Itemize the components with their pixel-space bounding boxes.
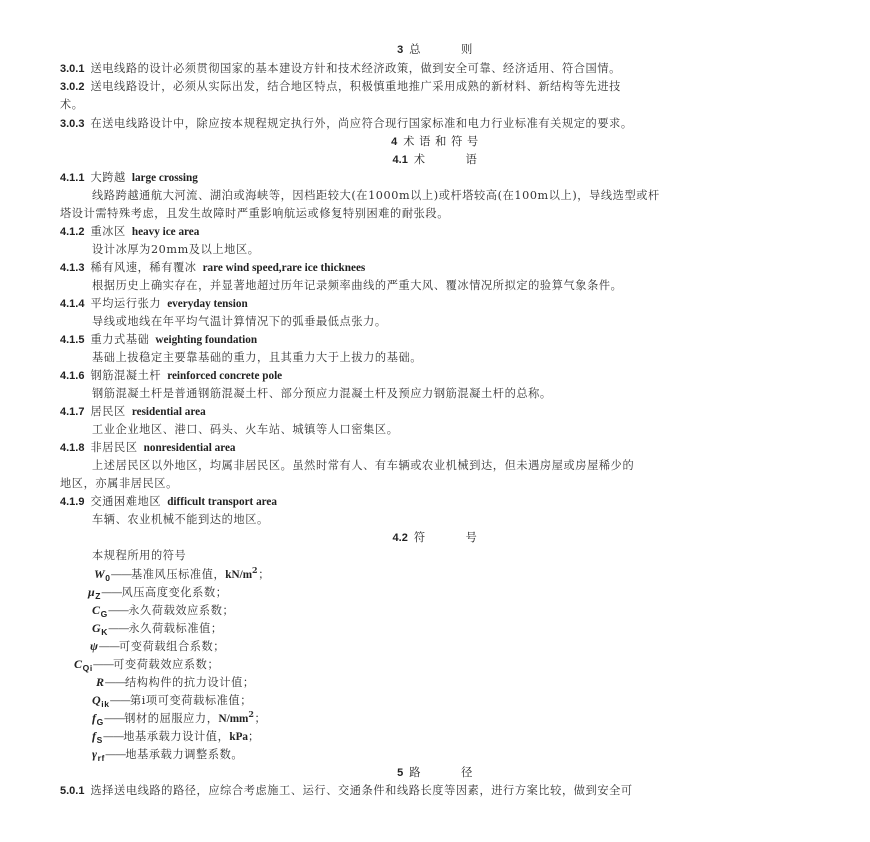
symbol-w0: W0——基准风压标准值，kN/m2；	[94, 566, 270, 583]
symbol-c-qi: CQi——可变荷载效应系数；	[74, 656, 219, 673]
symbol-g-k: GK——永久荷载标准值；	[92, 620, 223, 637]
clause-3-0-3: 3.0.3在送电线路设计中，除应按本规程规定执行外，尚应符合现行国家标准和电力行…	[60, 116, 633, 132]
clause-3-0-2: 3.0.2送电线路设计，必须从实际出发，结合地区特点，积极慎重地推广采用成熟的新…	[60, 79, 621, 95]
section-4-1-heading: 4.1术语	[0, 152, 870, 168]
clause-3-0-1: 3.0.1送电线路的设计必须贯彻国家的基本建设方针和技术经济政策，做到安全可靠、…	[60, 61, 621, 77]
term-4-1-6-definition: 钢筋混凝土杆是普通钢筋混凝土杆、部分预应力混凝土杆及预应力钢筋混凝土杆的总称。	[92, 386, 552, 402]
symbol-psi: ψ——可变荷载组合系数；	[90, 638, 225, 655]
clause-5-0-1: 5.0.1选择送电线路的路径，应综合考虑施工、运行、交通条件和线路长度等因素，进…	[60, 783, 633, 799]
clause-3-0-2-continued: 术。	[60, 97, 84, 113]
term-4-1-8-definition: 上述居民区以外地区，均属非居民区。虽然时常有人、有车辆或农业机械到达，但未遇房屋…	[92, 458, 634, 474]
term-4-1-9-definition: 车辆、农业机械不能到达的地区。	[92, 512, 269, 528]
chapter-5-heading: 5路径	[0, 765, 870, 781]
term-4-1-6-title: 4.1.6钢筋混凝土杆reinforced concrete pole	[60, 368, 282, 384]
term-4-1-7-definition: 工业企业地区、港口、码头、火车站、城镇等人口密集区。	[92, 422, 398, 438]
symbol-f-g: fG——钢材的屈服应力，N/mm2；	[92, 710, 266, 727]
symbol-q-ik: Qik——第i项可变荷载标准值；	[92, 692, 252, 709]
symbol-mu-z: μZ——风压高度变化系数；	[88, 584, 228, 601]
symbol-r: R——结构构件的抗力设计值；	[96, 674, 255, 691]
term-4-1-4-definition: 导线或地线在年平均气温计算情况下的弧垂最低点张力。	[92, 314, 387, 330]
term-4-1-8-definition-cont: 地区，亦属非居民区。	[60, 476, 178, 492]
symbol-gamma-rf: γrf——地基承载力调整系数。	[92, 746, 243, 763]
symbol-f-s: fS——地基承载力设计值，kPa；	[92, 728, 260, 745]
section-4-2-heading: 4.2符号	[0, 530, 870, 546]
chapter-3-heading: 3总则	[0, 42, 870, 58]
symbols-intro: 本规程所用的符号	[92, 548, 186, 564]
term-4-1-2-title: 4.1.2重冰区heavy ice area	[60, 224, 199, 240]
chapter-4-heading: 4术 语 和 符 号	[0, 134, 870, 150]
term-4-1-1-title: 4.1.1大跨越large crossing	[60, 170, 198, 186]
term-4-1-2-definition: 设计冰厚为20mm及以上地区。	[92, 242, 260, 258]
symbol-c-g: CG——永久荷载效应系数；	[92, 602, 234, 619]
term-4-1-3-title: 4.1.3稀有风速，稀有覆冰rare wind speed,rare ice t…	[60, 260, 365, 276]
term-4-1-8-title: 4.1.8非居民区nonresidential area	[60, 440, 236, 456]
term-4-1-9-title: 4.1.9交通困难地区difficult transport area	[60, 494, 277, 510]
term-4-1-1-definition: 线路跨越通航大河流、湖泊或海峡等，因档距较大(在1000m以上)或杆塔较高(在1…	[92, 188, 660, 204]
term-4-1-7-title: 4.1.7居民区residential area	[60, 404, 206, 420]
term-4-1-5-definition: 基础上拔稳定主要靠基础的重力，且其重力大于上拔力的基础。	[92, 350, 422, 366]
term-4-1-3-definition: 根据历史上确实存在，并显著地超过历年记录频率曲线的严重大风、覆冰情况所拟定的验算…	[92, 278, 622, 294]
term-4-1-5-title: 4.1.5重力式基础weighting foundation	[60, 332, 257, 348]
term-4-1-1-definition-cont: 塔设计需特殊考虑，且发生故障时严重影响航运或修复特别困难的耐张段。	[60, 206, 449, 222]
term-4-1-4-title: 4.1.4平均运行张力everyday tension	[60, 296, 248, 312]
document-page: 3总则 3.0.1送电线路的设计必须贯彻国家的基本建设方针和技术经济政策，做到安…	[0, 0, 870, 842]
